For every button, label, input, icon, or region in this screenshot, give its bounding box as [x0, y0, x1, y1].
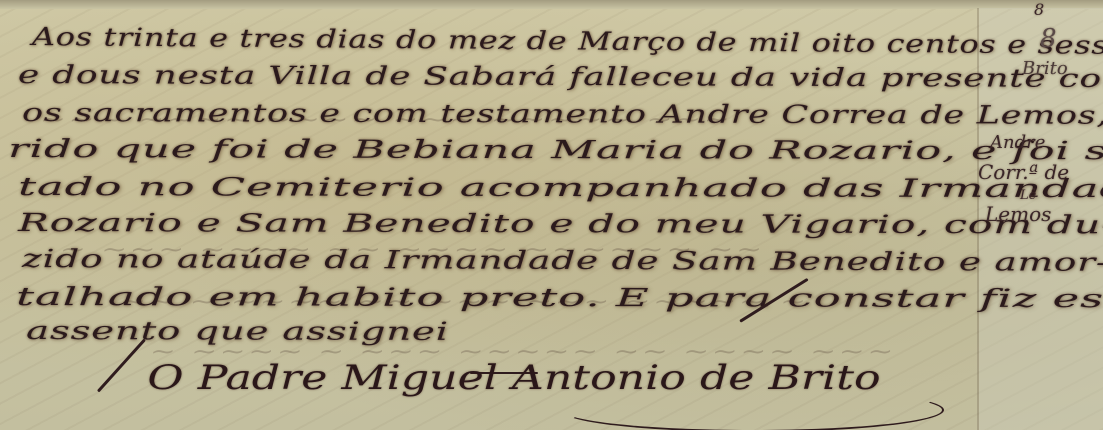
- pen-stroke: [97, 338, 146, 392]
- page-number-fragment: 8: [1034, 0, 1044, 19]
- page-top-edge: [0, 0, 1103, 9]
- record-line-8: talhado em habito preto. E para constar …: [16, 282, 1103, 313]
- record-line-9: assento que assignei: [26, 316, 449, 346]
- record-line-6: Rozario e Sam Benedito e do meu Vigario,…: [18, 208, 1103, 239]
- manuscript-page: ~~~ ~~~~ ~~~~ ~~~ ~~~~~ ~~~ ~ ~~~ ~~~~ ~…: [0, 0, 1103, 430]
- record-line-2: e dous nesta Villa de Sabará falleceu da…: [18, 60, 1103, 93]
- margin-entry-superscript: Lê: [1020, 188, 1036, 203]
- margin-entry-line-3: Lemos: [985, 202, 1051, 226]
- record-line-7: zido no ataúde da Irmandade de Sam Bened…: [22, 244, 1103, 277]
- margin-entry-line-1: Andre: [990, 132, 1045, 153]
- signature-flourish: [560, 388, 944, 430]
- record-line-4: rido que foi de Bebiana Maria do Rozario…: [8, 134, 1103, 165]
- record-line-3: os sacramentos e com testamento Andre Co…: [22, 98, 1103, 130]
- margin-surname-brito: Brito: [1022, 58, 1068, 79]
- margin-folio-number: 8: [1040, 24, 1057, 54]
- margin-entry-line-2: Corr.ª de: [978, 160, 1069, 184]
- record-line-5: tado no Cemiterio acompanhado das Irmand…: [18, 172, 1103, 203]
- record-line-1: Aos trinta e tres dias do mez de Março d…: [32, 22, 1103, 60]
